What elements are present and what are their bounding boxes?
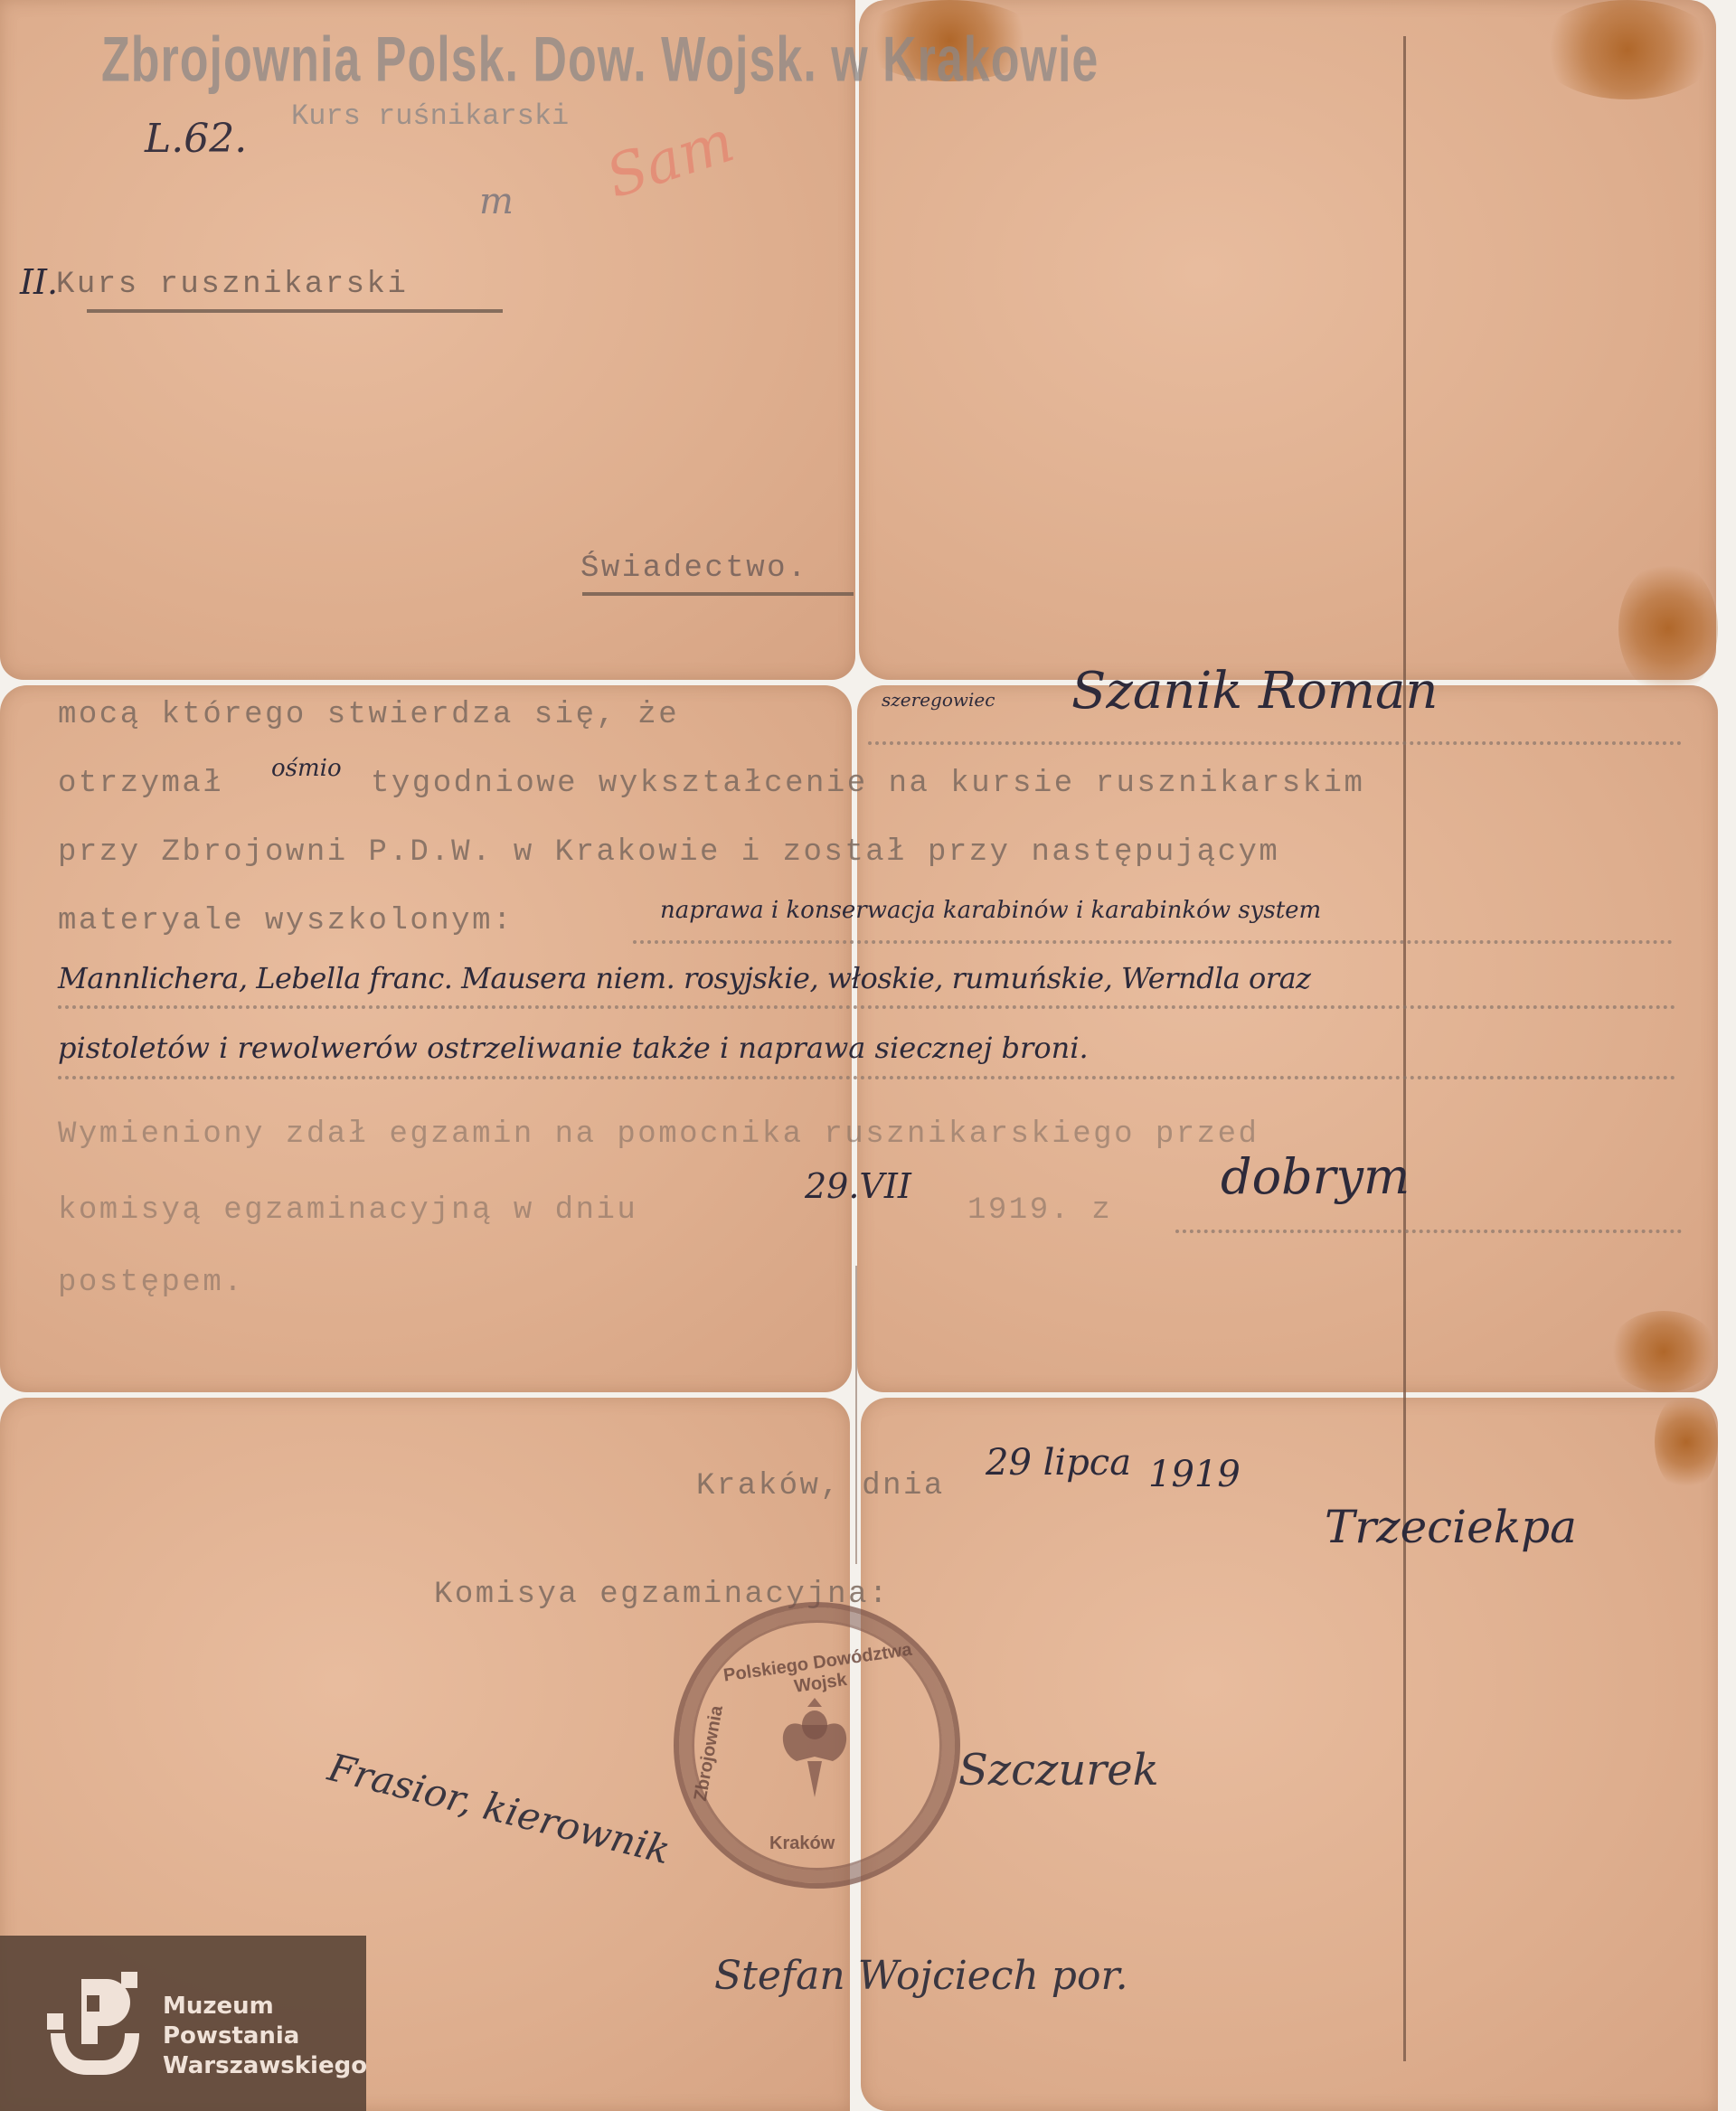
- body-name-hand: Szanik Roman: [1071, 662, 1438, 721]
- small-pencil-mark: m: [479, 181, 514, 222]
- header-stamp: Zbrojownia Polsk. Dow. Wojsk. w Krakowie: [101, 24, 1099, 97]
- panel-top-right: [859, 0, 1716, 680]
- footer-place: Kraków, dnia: [696, 1469, 945, 1503]
- ruled-vertical-line: [1403, 36, 1406, 2061]
- body-line-2b: tygodniowe wykształcenie na kursie ruszn…: [371, 767, 1364, 801]
- stain-top-right: [1537, 0, 1718, 99]
- logo-line-2: Powstania: [163, 2021, 299, 2051]
- exam-date-hand: 29.VII: [805, 1166, 911, 1206]
- seal-bottom-text: Kraków: [769, 1833, 835, 1854]
- footer-date-hand: 29 lipca: [986, 1442, 1131, 1484]
- body-line-4: materyale wyszkolonym:: [58, 904, 514, 938]
- document-title: Świadectwo.: [580, 551, 808, 586]
- body-materials-hand-2: Mannlichera, Lebella franc. Mausera niem…: [58, 961, 1311, 995]
- dotted-line-4: [633, 940, 1673, 944]
- signature-middle: Szczurek: [958, 1745, 1159, 1795]
- body-line-2a: otrzymał: [58, 767, 223, 801]
- reference-number: L.62.: [145, 116, 247, 162]
- body-line-3: przy Zbrojowni P.D.W. w Krakowie i zosta…: [58, 835, 1279, 870]
- body-line-8a: komisyą egzaminacyjną w dniu: [58, 1193, 637, 1228]
- stain-right-lower: [1609, 1311, 1718, 1392]
- header-sub-stamp: Kurs ruśnikarski: [291, 99, 569, 133]
- stain-right-mid: [1618, 561, 1718, 696]
- body-materials-hand-1: naprawa i konserwacja karabinów i karabi…: [660, 897, 1321, 924]
- dotted-line-6: [58, 1076, 1676, 1079]
- document-title-underline: [582, 592, 854, 596]
- dotted-line-5: [58, 1005, 1676, 1009]
- stain-bottom-right: [1655, 1392, 1718, 1492]
- dotted-line-1: [868, 741, 1682, 745]
- polska-walczaca-anchor-icon: [45, 1970, 145, 2078]
- body-line-8b: 1919. z: [967, 1193, 1112, 1228]
- signature-bottom: Stefan Wojciech por.: [714, 1953, 1128, 1999]
- museum-logo-watermark: Muzeum Powstania Warszawskiego: [0, 1936, 366, 2111]
- footer-year: 1919: [1148, 1454, 1241, 1495]
- course-title-prefix: II.: [20, 262, 58, 302]
- course-title-underline: [87, 309, 503, 313]
- body-line-9: postępem.: [58, 1266, 244, 1300]
- body-line-1: mocą którego stwierdza się, że: [58, 698, 679, 732]
- body-duration-hand: ośmio: [271, 755, 342, 782]
- body-line-7: Wymieniony zdał egzamin na pomocnika rus…: [58, 1117, 1259, 1152]
- signature-right-top: Trzeciekpa: [1325, 1501, 1577, 1553]
- body-materials-hand-3: pistoletów i rewolwerów ostrzeliwanie ta…: [58, 1031, 1089, 1065]
- fold-crease-vertical: [855, 1266, 857, 1564]
- body-rank-hand: szeregowiec: [882, 689, 995, 711]
- logo-line-1: Muzeum: [163, 1992, 274, 2021]
- eagle-emblem-icon: [769, 1689, 860, 1806]
- exam-grade-hand: dobrym: [1221, 1148, 1410, 1205]
- official-seal: Polskiego Dowództwa Wojsk Zbrojownia Kra…: [674, 1602, 960, 1889]
- dotted-line-8: [1175, 1230, 1682, 1233]
- course-title: Kurs rusznikarski: [56, 268, 408, 302]
- logo-line-3: Warszawskiego: [163, 2051, 367, 2081]
